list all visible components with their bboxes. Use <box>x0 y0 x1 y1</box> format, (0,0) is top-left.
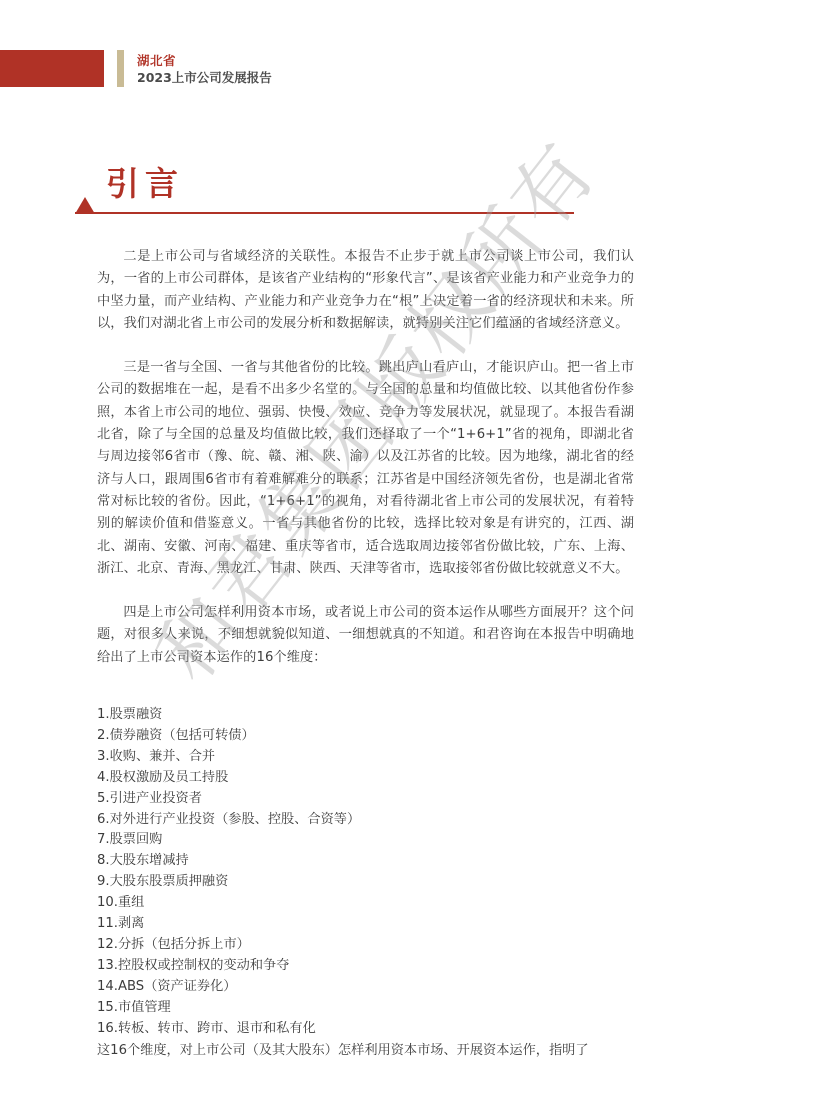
list-item: 8.大股东增减持 <box>97 851 634 872</box>
list-item: 15.市值管理 <box>97 998 634 1019</box>
list-item: 9.大股东股票质押融资 <box>97 872 634 893</box>
list-item: 4.股权激励及员工持股 <box>97 768 634 789</box>
list-item: 10.重组 <box>97 893 634 914</box>
list-item: 2.债券融资（包括可转债） <box>97 726 634 747</box>
header-subtitle: 2023上市公司发展报告 <box>137 68 272 86</box>
list-item: 16.转板、转市、跨市、退市和私有化 <box>97 1019 634 1040</box>
header-accent-bar <box>0 50 104 87</box>
header-divider <box>117 50 124 87</box>
closing-line: 这16个维度，对上市公司（及其大股东）怎样利用资本市场、开展资本运作，指明了 <box>97 1040 634 1062</box>
title-rule <box>75 212 574 214</box>
list-item: 7.股票回购 <box>97 830 634 851</box>
paragraph: 二是上市公司与省域经济的关联性。本报告不止步于就上市公司谈上市公司，我们认为，一… <box>97 246 634 335</box>
section-title: 引言 <box>106 158 184 205</box>
list-item: 14.ABS（资产证券化） <box>97 977 634 998</box>
list-item: 11.剥离 <box>97 914 634 935</box>
list-item: 6.对外进行产业投资（参股、控股、合资等） <box>97 810 634 831</box>
header-province: 湖北省 <box>137 51 176 69</box>
list-item: 1.股票融资 <box>97 705 634 726</box>
list-item: 12.分拆（包括分拆上市） <box>97 935 634 956</box>
list-item: 3.收购、兼并、合并 <box>97 747 634 768</box>
list-item: 5.引进产业投资者 <box>97 789 634 810</box>
body-text: 二是上市公司与省域经济的关联性。本报告不止步于就上市公司谈上市公司，我们认为，一… <box>97 246 634 1062</box>
paragraph: 四是上市公司怎样利用资本市场，或者说上市公司的资本运作从哪些方面展开？这个问题，… <box>97 602 634 669</box>
paragraph: 三是一省与全国、一省与其他省份的比较。跳出庐山看庐山，才能识庐山。把一省上市公司… <box>97 357 634 580</box>
list-item: 13.控股权或控制权的变动和争夺 <box>97 956 634 977</box>
dimension-list: 1.股票融资 2.债券融资（包括可转债） 3.收购、兼并、合并 4.股权激励及员… <box>97 705 634 1040</box>
